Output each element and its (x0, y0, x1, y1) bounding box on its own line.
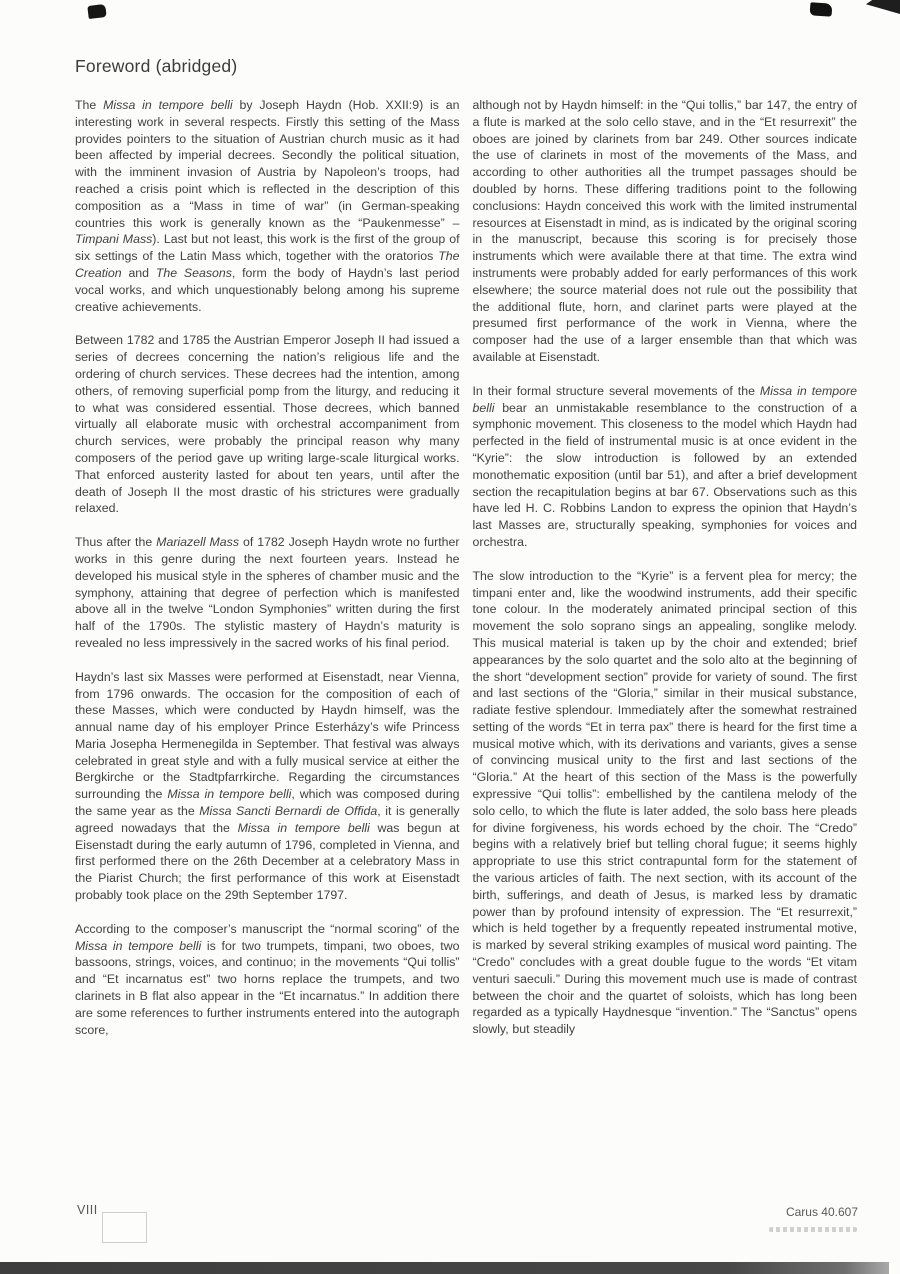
paragraph: The Missa in tempore belli by Joseph Hay… (75, 97, 460, 315)
footer-edition-number: Carus 40.607 (770, 1205, 858, 1219)
document-page: Foreword (abridged) The Missa in tempore… (0, 0, 900, 1274)
scan-mark-top-right (810, 2, 833, 17)
footer-illegible-text (769, 1227, 857, 1232)
scan-mark-top-left (87, 4, 106, 19)
paragraph: Between 1782 and 1785 the Austrian Emper… (75, 332, 460, 517)
scan-mark-top-right-corner (866, 0, 900, 14)
right-column: although not by Haydn himself: in the “Q… (473, 97, 858, 1055)
paragraph: According to the composer’s manuscript t… (75, 921, 460, 1039)
left-column: The Missa in tempore belli by Joseph Hay… (75, 97, 460, 1055)
paragraph: The slow introduction to the “Kyrie” is … (473, 568, 858, 1038)
page-title: Foreword (abridged) (75, 56, 237, 77)
paragraph: Thus after the Mariazell Mass of 1782 Jo… (75, 534, 460, 652)
paragraph: In their formal structure several moveme… (473, 383, 858, 551)
text-columns: The Missa in tempore belli by Joseph Hay… (75, 97, 857, 1055)
scan-bottom-bar (0, 1262, 889, 1274)
footer-page-number: VIII (77, 1203, 98, 1217)
paragraph: although not by Haydn himself: in the “Q… (473, 97, 858, 366)
paragraph: Haydn’s last six Masses were performed a… (75, 669, 460, 904)
footer-page-box (102, 1212, 147, 1243)
